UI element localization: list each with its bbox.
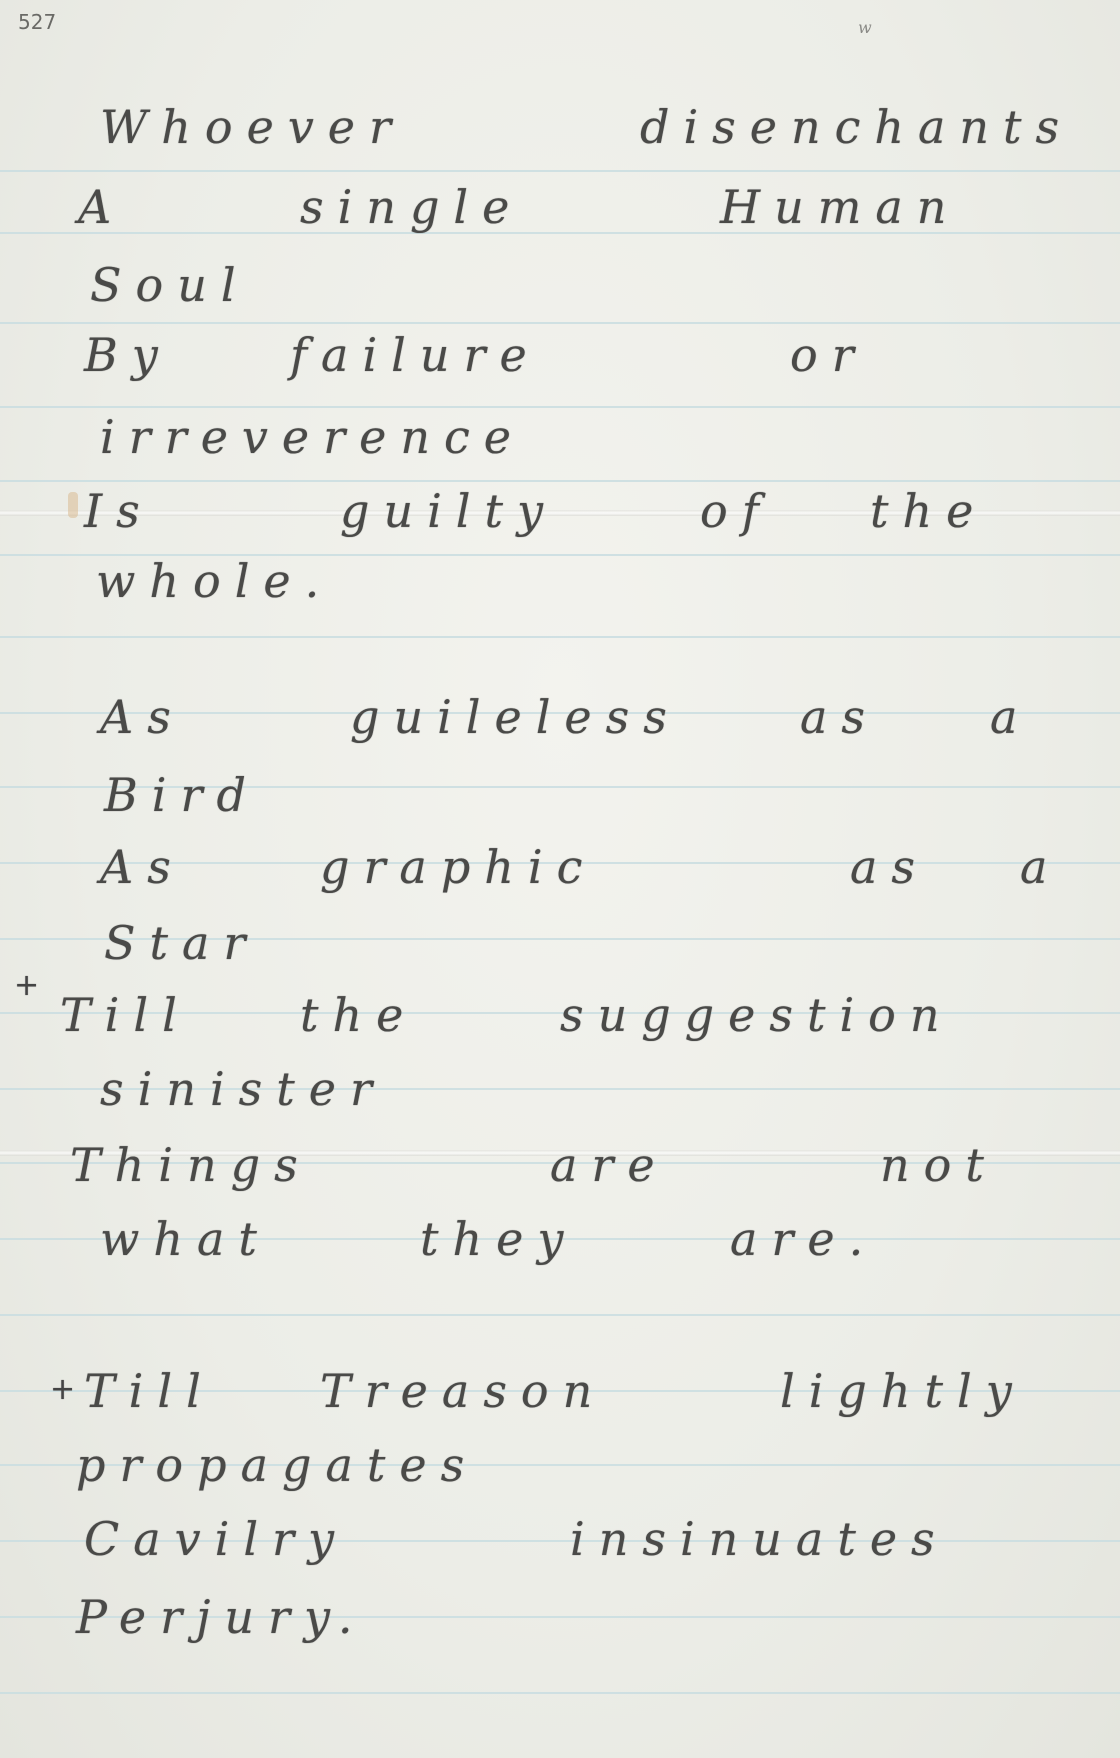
margin-plus-mark: + [14, 968, 53, 1003]
word: the [300, 988, 417, 1042]
word: Cavilry [84, 1512, 348, 1566]
word: propagates [76, 1438, 478, 1492]
word: Treason [320, 1364, 606, 1418]
ruled-line [0, 322, 1120, 324]
ruled-line [0, 480, 1120, 482]
word: as [850, 840, 929, 894]
word: the [870, 484, 987, 538]
word: a [1020, 840, 1061, 894]
word: Is [84, 484, 154, 538]
word: are. [730, 1212, 877, 1266]
word: A [78, 180, 125, 234]
word: graphic [320, 840, 596, 894]
ruled-line [0, 636, 1120, 638]
ruled-line [0, 1692, 1120, 1694]
word: a [990, 690, 1031, 744]
word: As [100, 840, 185, 894]
word: By [84, 328, 172, 382]
word: Till [84, 1364, 215, 1418]
word: lightly [780, 1364, 1026, 1418]
word: disenchants [640, 100, 1073, 154]
manuscript-page: 527 w Whoever disenchants A single Human… [0, 0, 1120, 1758]
word: suggestion [560, 988, 953, 1042]
word: Human [720, 180, 960, 234]
page-number: 527 [18, 10, 56, 34]
word: whole. [96, 554, 333, 608]
word: not [880, 1138, 998, 1192]
word: or [790, 328, 868, 382]
word: guilty [340, 484, 557, 538]
word: Whoever [100, 100, 405, 154]
word: are [550, 1138, 669, 1192]
word: sinister [100, 1062, 386, 1116]
ruled-line [0, 170, 1120, 172]
word: failure [290, 328, 541, 382]
word: irreverence [100, 410, 525, 464]
word: they [420, 1212, 577, 1266]
word: as [800, 690, 879, 744]
word: insinuates [570, 1512, 949, 1566]
ruled-line [0, 1314, 1120, 1316]
word: Star [104, 916, 259, 970]
word: single [300, 180, 523, 234]
word: Bird [104, 768, 260, 822]
word: Soul [90, 258, 250, 312]
top-pencil-mark: w [858, 18, 872, 37]
word: of [700, 484, 773, 538]
word: Till [60, 988, 191, 1042]
ruled-line [0, 406, 1120, 408]
paper-stain [68, 492, 78, 518]
word: Perjury. [76, 1590, 366, 1644]
word: guileless [350, 690, 681, 744]
word: Things [70, 1138, 312, 1192]
word: As [100, 690, 185, 744]
word: what [100, 1212, 271, 1266]
